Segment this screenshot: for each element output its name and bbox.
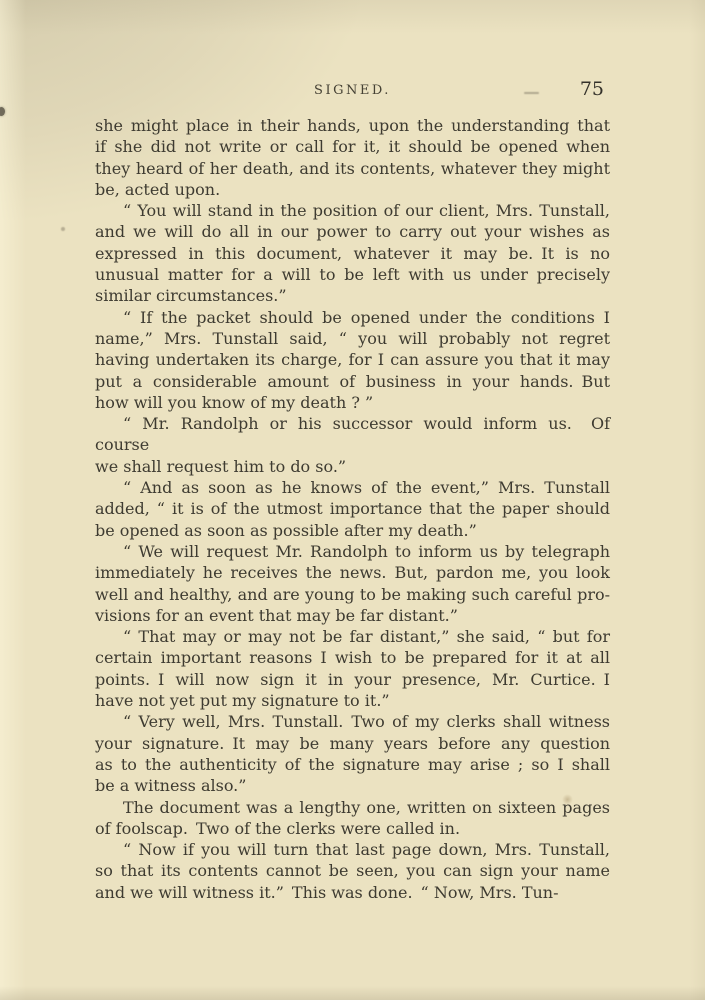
text-line: “ If the packet should be opened under t… bbox=[95, 307, 610, 328]
text-line: be, acted upon. bbox=[95, 179, 610, 200]
text-line: so that its contents cannot be seen, you… bbox=[95, 860, 610, 881]
text-line: “ Very well, Mrs. Tunstall. Two of my cl… bbox=[95, 711, 610, 732]
text-line: immediately he receives the news. But, p… bbox=[95, 562, 610, 583]
text-line: and we will witness it.” This was done. … bbox=[95, 882, 610, 903]
paragraph: “ We will request Mr. Randolph to inform… bbox=[95, 541, 610, 626]
text-line: “ That may or may not be far distant,” s… bbox=[95, 626, 610, 647]
book-page: SIGNED. 75 she might place in their hand… bbox=[0, 0, 705, 1000]
paragraph: “ And as soon as he knows of the event,”… bbox=[95, 477, 610, 541]
text-line: unusual matter for a will to be left wit… bbox=[95, 264, 610, 285]
text-line: be a witness also.” bbox=[95, 775, 610, 796]
page-header: SIGNED. 75 bbox=[95, 80, 610, 102]
text-line: The document was a lengthy one, written … bbox=[95, 797, 610, 818]
text-line: name,” Mrs. Tunstall said, “ you will pr… bbox=[95, 328, 610, 349]
paragraph: “ Very well, Mrs. Tunstall. Two of my cl… bbox=[95, 711, 610, 796]
paragraph: “ Mr. Randolph or his successor would in… bbox=[95, 413, 610, 477]
text-line: they heard of her death, and its content… bbox=[95, 158, 610, 179]
page-number: 75 bbox=[580, 78, 604, 100]
text-line: we shall request him to do so.” bbox=[95, 456, 610, 477]
page-text: she might place in their hands, upon the… bbox=[95, 115, 610, 903]
text-line: as to the authenticity of the signature … bbox=[95, 754, 610, 775]
text-line: be opened as soon as possible after my d… bbox=[95, 520, 610, 541]
text-line: how will you know of my death ? ” bbox=[95, 392, 610, 413]
text-line: expressed in this document, whatever it … bbox=[95, 243, 610, 264]
running-title: SIGNED. bbox=[95, 80, 610, 98]
text-line: similar circumstances.” bbox=[95, 285, 610, 306]
scan-shadow-top-edge bbox=[0, 0, 705, 34]
ink-speck-left-edge bbox=[0, 107, 5, 116]
text-line: have not yet put my signature to it.” bbox=[95, 690, 610, 711]
scan-shadow-bottom-edge bbox=[0, 986, 705, 1000]
text-line: “ We will request Mr. Randolph to inform… bbox=[95, 541, 610, 562]
paragraph: “ If the packet should be opened under t… bbox=[95, 307, 610, 413]
paragraph: she might place in their hands, upon the… bbox=[95, 115, 610, 200]
text-line: she might place in their hands, upon the… bbox=[95, 115, 610, 136]
text-line: put a considerable amount of business in… bbox=[95, 371, 610, 392]
text-line: well and healthy, and are young to be ma… bbox=[95, 584, 610, 605]
ink-speck-small bbox=[61, 227, 65, 231]
text-line: added, “ it is of the utmost importance … bbox=[95, 498, 610, 519]
text-line: of foolscap. Two of the clerks were call… bbox=[95, 818, 610, 839]
paragraph: “ Now if you will turn that last page do… bbox=[95, 839, 610, 903]
text-line: “ And as soon as he knows of the event,”… bbox=[95, 477, 610, 498]
text-line: “ You will stand in the position of our … bbox=[95, 200, 610, 221]
text-line: “ Mr. Randolph or his successor would in… bbox=[95, 413, 610, 456]
paragraph: The document was a lengthy one, written … bbox=[95, 797, 610, 840]
text-line: visions for an event that may be far dis… bbox=[95, 605, 610, 626]
text-line: if she did not write or call for it, it … bbox=[95, 136, 610, 157]
text-line: “ Now if you will turn that last page do… bbox=[95, 839, 610, 860]
text-line: your signature. It may be many years bef… bbox=[95, 733, 610, 754]
scan-highlight-left-edge bbox=[0, 0, 26, 1000]
paragraph: “ You will stand in the position of our … bbox=[95, 200, 610, 306]
scan-shadow-right-edge bbox=[689, 0, 705, 1000]
text-line: points. I will now sign it in your prese… bbox=[95, 669, 610, 690]
text-line: certain important reasons I wish to be p… bbox=[95, 647, 610, 668]
text-line: having undertaken its charge, for I can … bbox=[95, 349, 610, 370]
paragraph: “ That may or may not be far distant,” s… bbox=[95, 626, 610, 711]
text-line: and we will do all in our power to carry… bbox=[95, 221, 610, 242]
